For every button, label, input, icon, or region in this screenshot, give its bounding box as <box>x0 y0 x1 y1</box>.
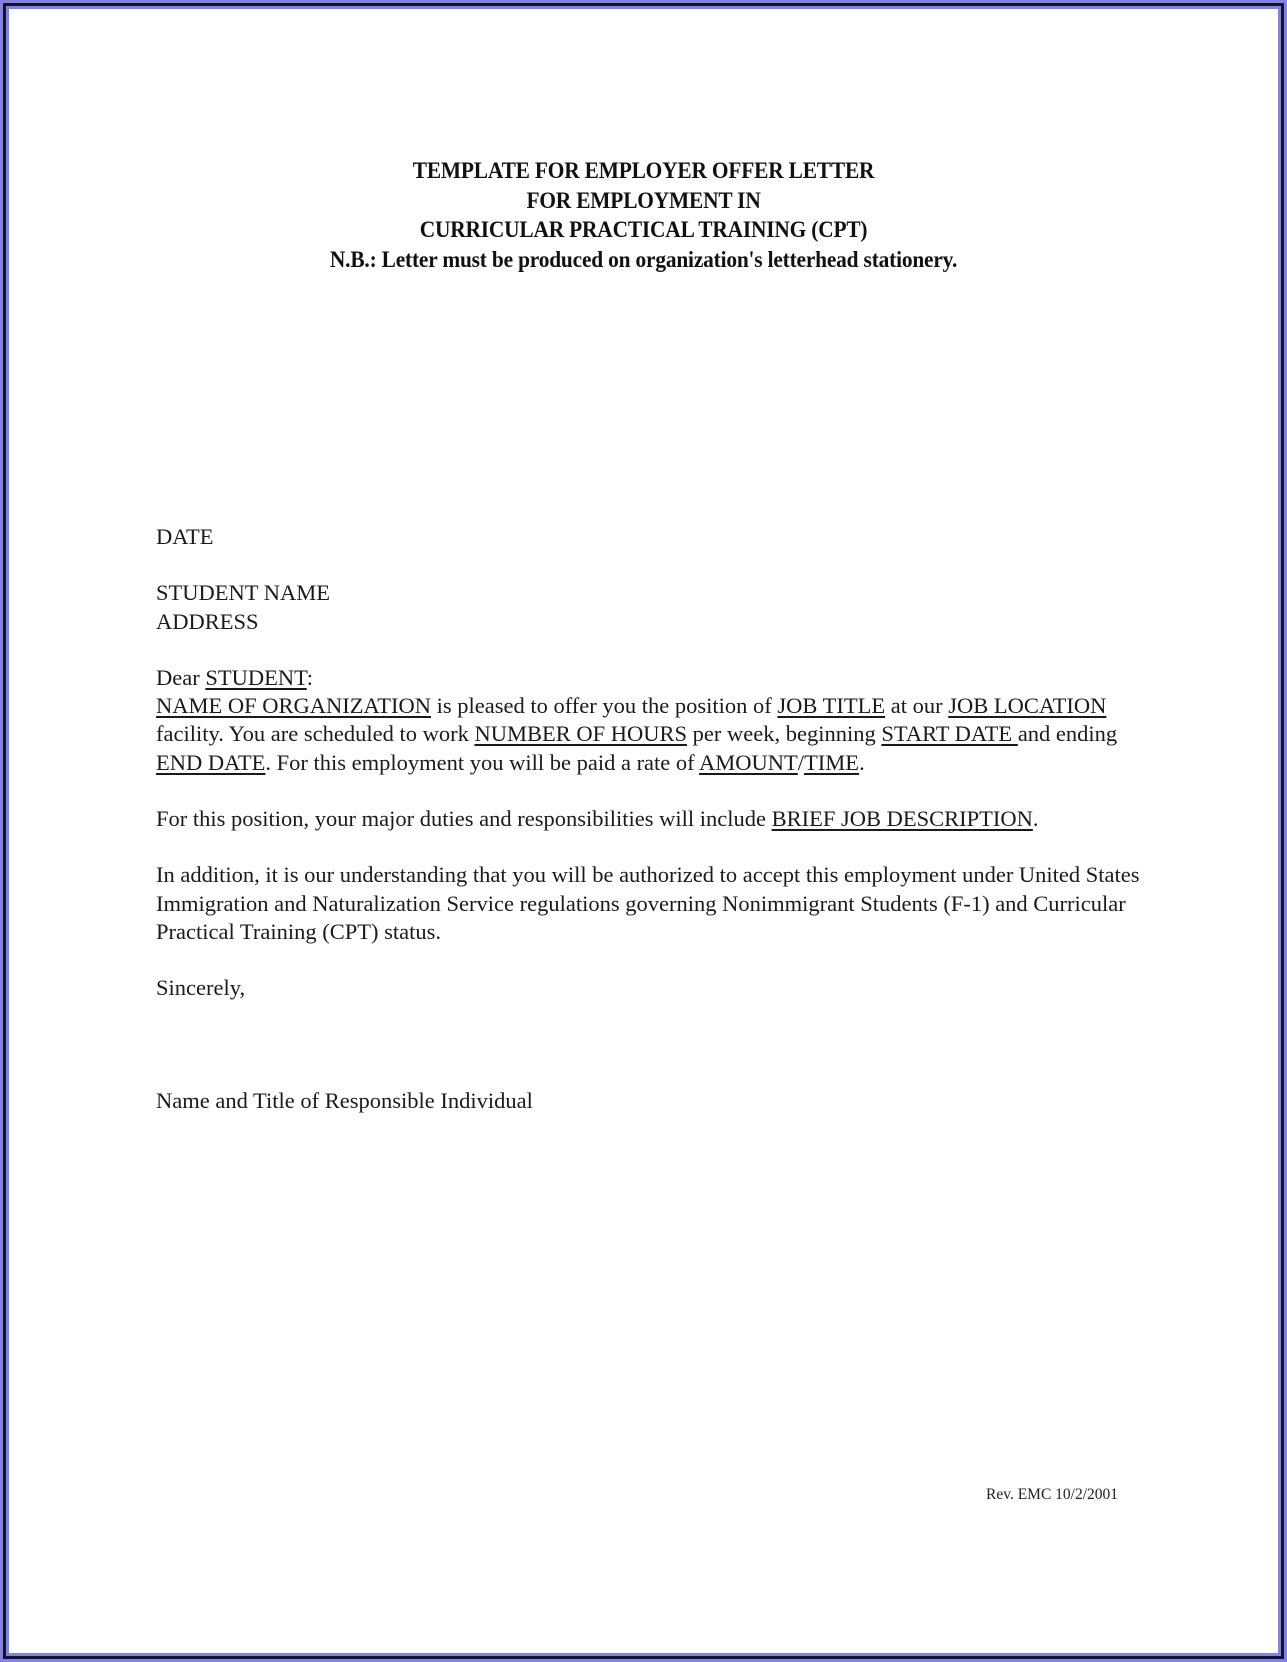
date-placeholder: DATE <box>156 523 1146 551</box>
authorization-paragraph: In addition, it is our understanding tha… <box>156 861 1146 946</box>
offer-paragraph: NAME OF ORGANIZATION is pleased to offer… <box>156 692 1146 777</box>
amount-field: AMOUNT <box>699 750 798 775</box>
offer-text: . <box>859 750 865 775</box>
title-line-3: CURRICULAR PRACTICAL TRAINING (CPT) <box>45 215 1242 245</box>
end-date-field: END DATE <box>156 750 265 775</box>
duties-text: . <box>1033 806 1039 831</box>
student-name-placeholder: STUDENT NAME <box>156 579 1146 607</box>
document-title: TEMPLATE FOR EMPLOYER OFFER LETTER FOR E… <box>45 156 1242 274</box>
closing: Sincerely, <box>156 974 1146 1002</box>
letter-page: TEMPLATE FOR EMPLOYER OFFER LETTER FOR E… <box>0 0 1287 1662</box>
job-description-field: BRIEF JOB DESCRIPTION <box>772 806 1033 831</box>
letter-body: DATE STUDENT NAME ADDRESS Dear STUDENT: … <box>156 523 1146 1115</box>
offer-text: facility. You are scheduled to work <box>156 721 474 746</box>
offer-text: at our <box>885 693 948 718</box>
job-location-field: JOB LOCATION <box>948 693 1106 718</box>
letterhead-note: N.B.: Letter must be produced on organiz… <box>45 245 1242 275</box>
organization-field: NAME OF ORGANIZATION <box>156 693 431 718</box>
start-date-field: START DATE <box>881 721 1017 746</box>
address-placeholder: ADDRESS <box>156 608 1146 636</box>
offer-text: per week, beginning <box>687 721 881 746</box>
student-field: STUDENT <box>205 665 306 690</box>
offer-text: is pleased to offer you the position of <box>431 693 777 718</box>
duties-paragraph: For this position, your major duties and… <box>156 805 1146 833</box>
salutation: Dear STUDENT: <box>156 664 1146 692</box>
offer-text: and ending <box>1018 721 1117 746</box>
salutation-prefix: Dear <box>156 665 205 690</box>
duties-text: For this position, your major duties and… <box>156 806 772 831</box>
salutation-suffix: : <box>307 665 313 690</box>
signatory: Name and Title of Responsible Individual <box>156 1087 1146 1115</box>
time-field: TIME <box>804 750 859 775</box>
revision-note: Rev. EMC 10/2/2001 <box>986 1486 1118 1504</box>
job-title-field: JOB TITLE <box>777 693 885 718</box>
hours-field: NUMBER OF HOURS <box>474 721 687 746</box>
offer-text: . For this employment you will be paid a… <box>265 750 699 775</box>
title-line-1: TEMPLATE FOR EMPLOYER OFFER LETTER <box>45 156 1242 186</box>
title-line-2: FOR EMPLOYMENT IN <box>45 186 1242 216</box>
